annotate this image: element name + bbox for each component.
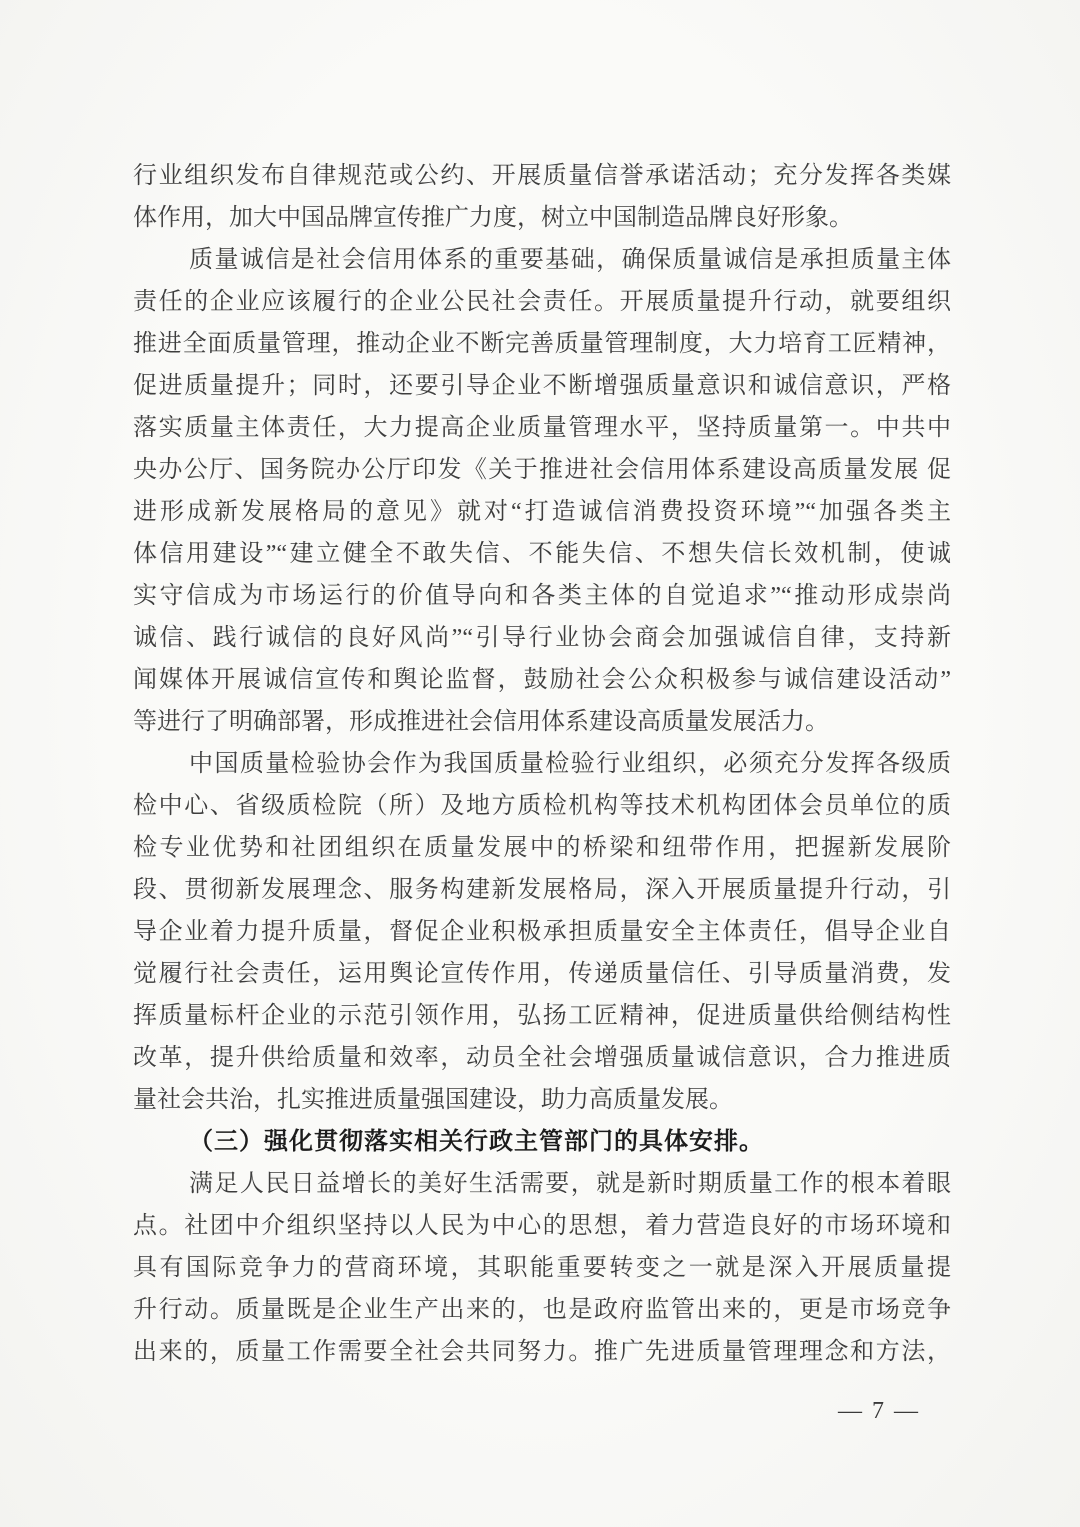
text-line: 段、贯彻新发展理念、服务构建新发展格局，深入开展质量提升行动，引 — [133, 869, 951, 911]
text-line: 体作用，加大中国品牌宣传推广力度，树立中国制造品牌良好形象。 — [133, 197, 951, 239]
text-line: 检中心、省级质检院（所）及地方质检机构等技术机构团体会员单位的质 — [133, 785, 951, 827]
text-line: 改革，提升供给质量和效率，动员全社会增强质量诚信意识，合力推进质 — [133, 1037, 951, 1079]
paragraph-inspection-association: 中国质量检验协会作为我国质量检验行业组织，必须充分发挥各级质 检中心、省级质检院… — [133, 743, 951, 1121]
text-line: 量社会共治，扎实推进质量强国建设，助力高质量发展。 — [133, 1079, 951, 1121]
text-line: 进形成新发展格局的意见》就对“打造诚信消费投资环境”“加强各类主 — [133, 491, 951, 533]
text-line: 责任的企业应该履行的企业公民社会责任。开展质量提升行动，就要组织 — [133, 281, 951, 323]
text-line: 推进全面质量管理，推动企业不断完善质量管理制度，大力培育工匠精神， — [133, 323, 951, 365]
text-line: 具有国际竞争力的营商环境，其职能重要转变之一就是深入开展质量提 — [133, 1247, 951, 1289]
text-line: 中国质量检验协会作为我国质量检验行业组织，必须充分发挥各级质 — [133, 743, 951, 785]
text-line: 诚信、践行诚信的良好风尚”“引导行业协会商会加强诚信自律，支持新 — [133, 617, 951, 659]
paragraph-admin-departments: 满足人民日益增长的美好生活需要，就是新时期质量工作的根本着眼 点。社团中介组织坚… — [133, 1163, 951, 1373]
text-line: 央办公厅、国务院办公厅印发《关于推进社会信用体系建设高质量发展 促 — [133, 449, 951, 491]
text-line: 升行动。质量既是企业生产出来的，也是政府监管出来的，更是市场竞争 — [133, 1289, 951, 1331]
text-line: 闻媒体开展诚信宣传和舆论监督，鼓励社会公众积极参与诚信建设活动” — [133, 659, 951, 701]
text-line: 等进行了明确部署，形成推进社会信用体系建设高质量发展活力。 — [133, 701, 951, 743]
text-line: 挥质量标杆企业的示范引领作用，弘扬工匠精神，促进质量供给侧结构性 — [133, 995, 951, 1037]
document-body: 行业组织发布自律规范或公约、开展质量信誉承诺活动；充分发挥各类媒 体作用，加大中… — [133, 155, 951, 1373]
text-line: 实守信成为市场运行的价值导向和各类主体的自觉追求”“推动形成崇尚 — [133, 575, 951, 617]
section-heading: （三）强化贯彻落实相关行政主管部门的具体安排。 — [133, 1121, 951, 1163]
text-line: 检专业优势和社团组织在质量发展中的桥梁和纽带作用，把握新发展阶 — [133, 827, 951, 869]
paragraph-continuation: 行业组织发布自律规范或公约、开展质量信誉承诺活动；充分发挥各类媒 体作用，加大中… — [133, 155, 951, 239]
text-line: 导企业着力提升质量，督促企业积极承担质量安全主体责任，倡导企业自 — [133, 911, 951, 953]
text-line: 觉履行社会责任，运用舆论宣传作用，传递质量信任、引导质量消费，发 — [133, 953, 951, 995]
text-line: 行业组织发布自律规范或公约、开展质量信誉承诺活动；充分发挥各类媒 — [133, 155, 951, 197]
page-number: — 7 — — [838, 1398, 920, 1425]
text-line: 体信用建设”“建立健全不敢失信、不能失信、不想失信长效机制，使诚 — [133, 533, 951, 575]
text-line: 满足人民日益增长的美好生活需要，就是新时期质量工作的根本着眼 — [133, 1163, 951, 1205]
text-line: 落实质量主体责任，大力提高企业质量管理水平，坚持质量第一。中共中 — [133, 407, 951, 449]
paragraph-quality-integrity: 质量诚信是社会信用体系的重要基础，确保质量诚信是承担质量主体 责任的企业应该履行… — [133, 239, 951, 743]
text-line: 质量诚信是社会信用体系的重要基础，确保质量诚信是承担质量主体 — [133, 239, 951, 281]
text-line: 点。社团中介组织坚持以人民为中心的思想，着力营造良好的市场环境和 — [133, 1205, 951, 1247]
text-line: 出来的，质量工作需要全社会共同努力。推广先进质量管理理念和方法， — [133, 1331, 951, 1373]
text-line: 促进质量提升；同时，还要引导企业不断增强质量意识和诚信意识，严格 — [133, 365, 951, 407]
